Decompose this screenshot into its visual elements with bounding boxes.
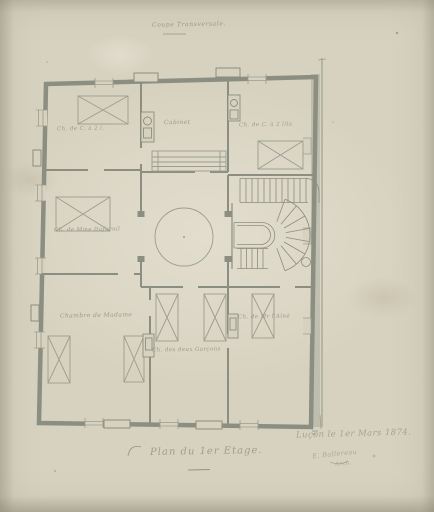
sheet-caption: Plan du 1er Etage. — [150, 445, 263, 458]
room-label-ch-de-c-2l: Ch. de C. à 2 l. — [57, 126, 105, 133]
signature-note: Arch. — [335, 460, 352, 467]
room-label-chambre-madame: Chambre de Madame — [60, 311, 132, 319]
room-label-deux-garcons: Ch. des deux Garçons — [152, 346, 221, 353]
room-label-mme-dufornil: Ch. de Mme Dufornil — [54, 226, 120, 233]
room-label-mr-laine: Ch. de Mr l'Aîné — [238, 314, 290, 321]
beds — [48, 96, 303, 383]
scanned-plan-sheet: Coupe Transversale. Ch. de C. à 2 l. Cab… — [0, 0, 434, 512]
staircase — [234, 179, 319, 271]
room-label-cabinet: Cabinet — [164, 119, 191, 126]
cabinet-band — [152, 151, 226, 171]
room-label-ch-de-c-2lits: Ch. de C. à 2 lits — [239, 122, 292, 129]
center-circle — [155, 208, 213, 266]
sheet-top-title: Coupe Transversale. — [152, 20, 226, 28]
